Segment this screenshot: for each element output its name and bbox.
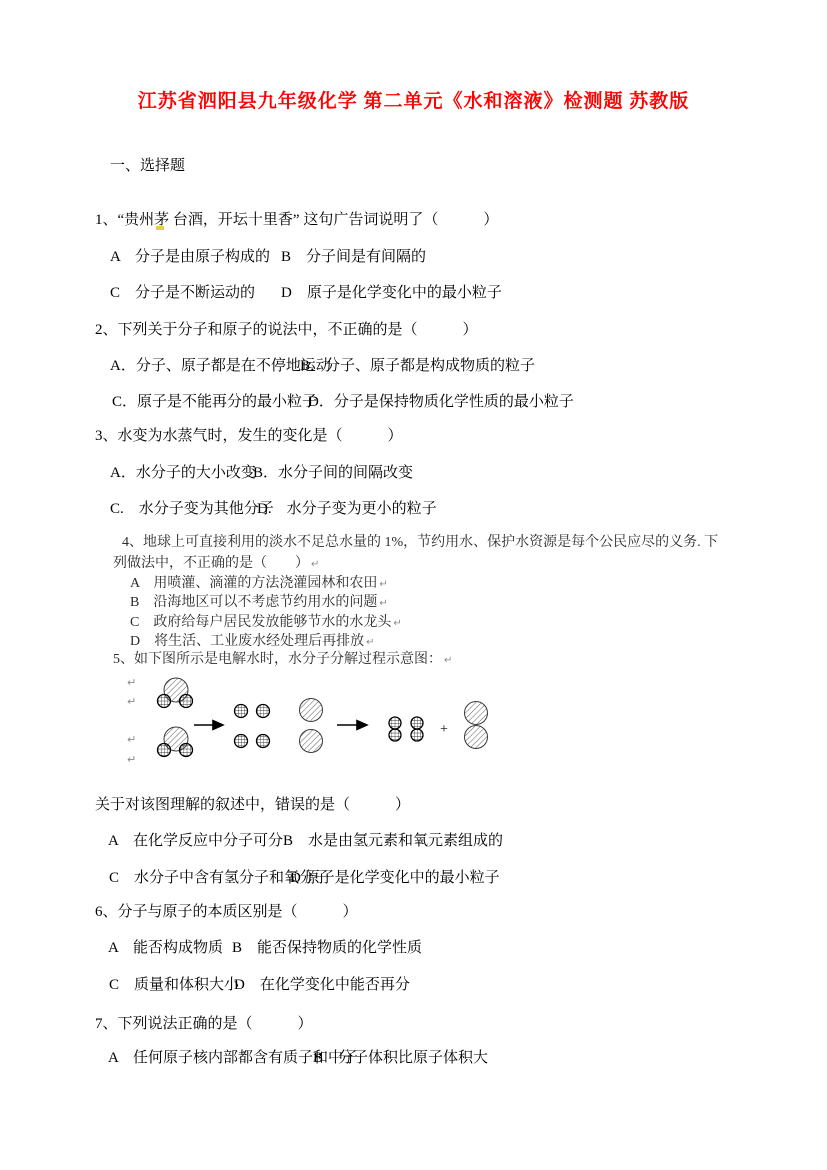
question-1-options-row-1: A 分子是由原子构成的 B 分子间是有间隔的 [0,248,827,268]
question-3-options-row-1: A．水分子的大小改变 B．水分子间的间隔改变 [0,464,827,484]
question-5-option-d: D 原子是化学变化中的最小粒子 [290,869,500,888]
question-4-line-2-text: 列做法中，不正确的是（ ） [113,556,309,571]
question-7-stem: 7、下列说法正确的是（ ） [95,1015,313,1034]
question-1-option-d: D 原子是化学变化中的最小粒子 [281,284,502,303]
question-7-option-b: B 分子体积比原子体积大 [313,1049,488,1068]
hydrogen-atom [180,744,193,757]
question-1-options-row-2: C 分子是不断运动的 D 原子是化学变化中的最小粒子 [0,284,827,304]
question-2-option-d: D．分子是保持物质化学性质的最小粒子 [308,393,574,412]
question-4-option-b: B 沿海地区可以不考虑节约用水的问题↵ [130,594,388,613]
question-5-options-row-2: C 水分子中含有氢分子和氧分子 D 原子是化学变化中的最小粒子 [0,869,827,889]
question-3-option-c: C. 水分子变为其他分子 [110,500,274,519]
paragraph-mark: ↵ [393,618,401,629]
question-4-option-c: C 政府给每户居民发放能够节水的水龙头↵ [130,614,402,633]
oxygen-atom [465,702,488,725]
hydrogen-atom [158,695,171,708]
question-2-option-a: A．分子、原子都是在不停地运动 [110,357,331,376]
question-4-option-d-text: D 将生活、工业废水经处理后再排放 [130,634,364,649]
question-5-followup: 关于对该图理解的叙述中，错误的是（ ） [95,796,410,815]
hydrogen-atom [389,717,401,729]
section-heading: 一、选择题 [110,157,185,176]
question-1-option-c: C 分子是不断运动的 [110,284,255,303]
plus-sign: + [440,722,448,737]
question-6-options-row-1: A 能否构成物质 B 能否保持物质的化学性质 [0,939,827,959]
question-4-option-b-text: B 沿海地区可以不考虑节约用水的问题 [130,595,377,610]
paragraph-mark: ↵ [444,655,452,666]
question-4-option-c-text: C 政府给每户居民发放能够节水的水龙头 [130,615,391,630]
question-2-options-row-1: A．分子、原子都是在不停地运动 B．分子、原子都是构成物质的粒子 [0,357,827,377]
question-3-option-a: A．水分子的大小改变 [110,464,256,483]
question-6-stem: 6、分子与原子的本质区别是（ ） [95,903,358,922]
oxygen-atom [465,726,488,749]
hydrogen-atom [235,705,248,718]
question-6-options-row-2: C 质量和体积大小 D 在化学变化中能否再分 [0,976,827,996]
oxygen-atom [300,699,323,722]
hydrogen-atom [235,735,248,748]
hydrogen-atom [257,705,270,718]
question-4-line-1: 4、地球上可直接利用的淡水不足总水量的 1%，节约用水、保护水资源是每个公民应尽… [122,534,718,552]
question-5-option-b: B 水是由氢元素和氧元素组成的 [283,832,503,851]
question-1-option-a: A 分子是由原子构成的 [110,248,270,267]
question-6-option-a: A 能否构成物质 [108,939,223,958]
question-2-option-c: C．原子是不能再分的最小粒子 [112,393,317,412]
paragraph-mark: ↵ [311,559,319,570]
oxygen-molecule [465,702,488,749]
hydrogen-atom [389,729,401,741]
question-7-options-row-1: A 任何原子核内部都含有质子和中子 B 分子体积比原子体积大 [0,1049,827,1069]
question-5-option-a: A 在化学反应中分子可分 [108,832,283,851]
page-title: 江苏省泗阳县九年级化学 第二单元《水和溶液》检测题 苏教版 [0,86,827,113]
water-molecule-2 [158,727,193,757]
document-page: 江苏省泗阳县九年级化学 第二单元《水和溶液》检测题 苏教版 一、选择题 1、“贵… [0,0,827,1170]
question-6-option-b: B 能否保持物质的化学性质 [232,939,422,958]
question-3-option-b: B．水分子间的间隔改变 [253,464,413,483]
question-2-options-row-2: C．原子是不能再分的最小粒子 D．分子是保持物质化学性质的最小粒子 [0,393,827,413]
question-5-stem: 5、如下图所示是电解水时，水分子分解过程示意图：↵ [113,651,452,670]
spellcheck-mark [156,226,164,230]
question-4-line-1-text: 4、地球上可直接利用的淡水不足总水量的 1%，节约用水、保护水资源是每个公民应尽… [122,535,718,550]
question-6-option-d: D 在化学变化中能否再分 [234,976,410,995]
question-5-stem-text: 5、如下图所示是电解水时，水分子分解过程示意图： [113,652,442,667]
paragraph-mark: ↵ [379,598,387,609]
paragraph-mark: ↵ [379,579,387,590]
question-6-option-c: C 质量和体积大小 [109,976,239,995]
separated-oxygen-atoms [300,699,323,753]
hydrogen-atom [158,744,171,757]
separated-hydrogen-atoms [235,705,270,748]
water-molecule-1 [158,678,193,708]
paragraph-mark: ↵ [366,637,374,648]
hydrogen-atom [411,729,423,741]
question-4-option-a: A 用喷灌、滴灌的方法浇灌园林和农田↵ [130,575,388,594]
question-4-option-a-text: A 用喷灌、滴灌的方法浇灌园林和农田 [130,576,377,591]
hydrogen-molecule-2 [411,717,423,741]
hydrogen-molecule-1 [389,717,401,741]
question-3-option-d: D. 水分子变为更小的粒子 [257,500,437,519]
question-3-options-row-2: C. 水分子变为其他分子 D. 水分子变为更小的粒子 [0,500,827,520]
hydrogen-atom [411,717,423,729]
question-5-options-row-1: A 在化学反应中分子可分 B 水是由氢元素和氧元素组成的 [0,832,827,852]
oxygen-atom [300,730,323,753]
question-4-option-d: D 将生活、工业废水经处理后再排放↵ [130,633,375,652]
question-2-stem: 2、下列关于分子和原子的说法中，不正确的是（ ） [95,321,478,340]
water-electrolysis-diagram: + [110,672,510,772]
hydrogen-atom [257,735,270,748]
question-3-stem: 3、水变为水蒸气时，发生的变化是（ ） [95,427,403,446]
question-4-line-2: 列做法中，不正确的是（ ）↵ [113,555,319,574]
hydrogen-atom [180,695,193,708]
question-1-option-b: B 分子间是有间隔的 [281,248,426,267]
question-2-option-b: B．分子、原子都是构成物质的粒子 [300,357,535,376]
